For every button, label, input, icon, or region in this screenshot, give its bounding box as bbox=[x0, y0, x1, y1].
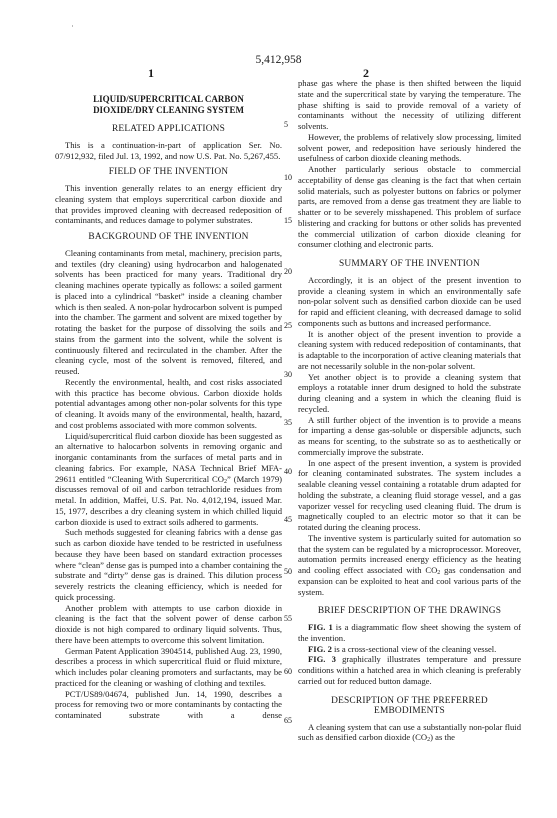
paragraph: Accordingly, it is an object of the pres… bbox=[298, 275, 521, 329]
paragraph: FIG. 3 graphically illustrates temperatu… bbox=[298, 654, 521, 686]
paragraph: German Patent Application 3904514, publi… bbox=[55, 646, 282, 689]
paragraph: Another problem with attempts to use car… bbox=[55, 603, 282, 646]
figure-label: FIG. 2 bbox=[308, 644, 332, 654]
line-number: 10 bbox=[284, 173, 294, 182]
paragraph: Such methods suggested for cleaning fabr… bbox=[55, 527, 282, 602]
line-number: 65 bbox=[284, 716, 294, 725]
right-column: phase gas where the phase is then shifte… bbox=[298, 78, 521, 743]
paragraph: This is a continuation-in-part of applic… bbox=[55, 140, 282, 162]
text-run: ) as the bbox=[430, 732, 455, 742]
line-number: 35 bbox=[284, 418, 294, 427]
heading-drawings: BRIEF DESCRIPTION OF THE DRAWINGS bbox=[298, 606, 521, 617]
heading-summary: SUMMARY OF THE INVENTION bbox=[298, 259, 521, 270]
paragraph: Cleaning contaminants from metal, machin… bbox=[55, 248, 282, 377]
paragraph: A still further object of the invention … bbox=[298, 415, 521, 458]
line-number: 50 bbox=[284, 567, 294, 576]
paragraph: PCT/US89/04674, published Jun. 14, 1990,… bbox=[55, 689, 282, 721]
heading-related-applications: RELATED APPLICATIONS bbox=[55, 124, 282, 135]
heading-field: FIELD OF THE INVENTION bbox=[55, 167, 282, 178]
paragraph: Recently the environmental, health, and … bbox=[55, 377, 282, 431]
paragraph: The inventive system is particularly sui… bbox=[298, 533, 521, 598]
line-number: 45 bbox=[284, 515, 294, 524]
heading-background: BACKGROUND OF THE INVENTION bbox=[55, 232, 282, 243]
text-run: A cleaning system that can use a substan… bbox=[298, 722, 521, 743]
figure-label: FIG. 3 bbox=[308, 654, 336, 664]
line-number: 15 bbox=[284, 216, 294, 225]
title-line-1: LIQUID/SUPERCRITICAL CARBON bbox=[93, 94, 244, 104]
title-line-2: DIOXIDE/DRY CLEANING SYSTEM bbox=[93, 105, 244, 115]
scan-speck bbox=[72, 25, 73, 27]
paragraph: This invention generally relates to an e… bbox=[55, 183, 282, 226]
patent-title: LIQUID/SUPERCRITICAL CARBON DIOXIDE/DRY … bbox=[55, 94, 282, 115]
patent-number: 5,412,958 bbox=[0, 54, 557, 66]
paragraph: However, the problems of relatively slow… bbox=[298, 132, 521, 164]
paragraph: Liquid/supercritical fluid carbon dioxid… bbox=[55, 431, 282, 528]
text-run: is a cross-sectional view of the cleanin… bbox=[332, 644, 496, 654]
line-number: 55 bbox=[284, 614, 294, 623]
line-number: 25 bbox=[284, 321, 294, 330]
paragraph: FIG. 2 is a cross-sectional view of the … bbox=[298, 644, 521, 655]
line-number: 30 bbox=[284, 370, 294, 379]
line-number: 40 bbox=[284, 467, 294, 476]
heading-embodiments: DESCRIPTION OF THE PREFERRED EMBODIMENTS bbox=[298, 696, 521, 717]
heading-line: EMBODIMENTS bbox=[374, 706, 445, 716]
figure-label: FIG. 1 bbox=[308, 622, 333, 632]
paragraph: A cleaning system that can use a substan… bbox=[298, 722, 521, 744]
left-column: LIQUID/SUPERCRITICAL CARBON DIOXIDE/DRY … bbox=[55, 84, 282, 721]
paragraph: FIG. 1 is a diagrammatic flow sheet show… bbox=[298, 622, 521, 644]
column-number-left: 1 bbox=[131, 66, 171, 81]
paragraph: Yet another object is to provide a clean… bbox=[298, 372, 521, 415]
heading-line: DESCRIPTION OF THE PREFERRED bbox=[331, 696, 488, 706]
paragraph: phase gas where the phase is then shifte… bbox=[298, 78, 521, 132]
paragraph: Another particularly serious obstacle to… bbox=[298, 164, 521, 250]
paragraph: In one aspect of the present invention, … bbox=[298, 458, 521, 533]
line-number: 60 bbox=[284, 667, 294, 676]
line-number: 5 bbox=[284, 120, 294, 129]
paragraph: It is another object of the present inve… bbox=[298, 329, 521, 372]
line-number: 20 bbox=[284, 267, 294, 276]
